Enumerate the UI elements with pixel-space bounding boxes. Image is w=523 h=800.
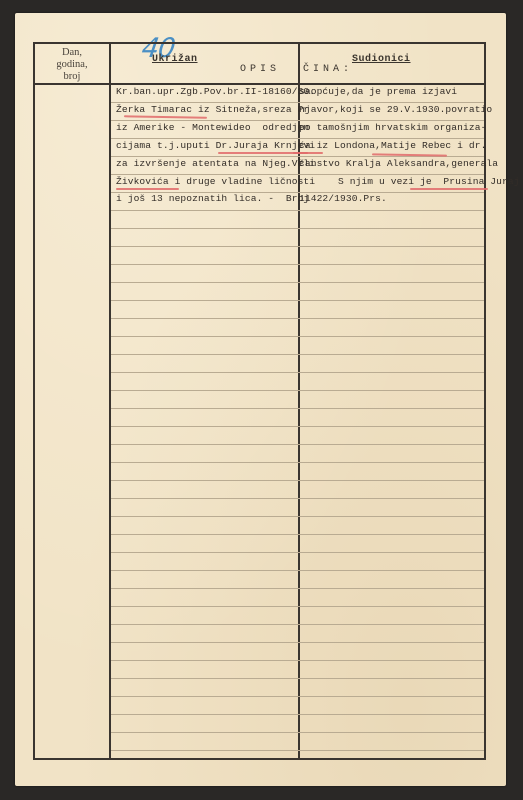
struck-header-text-left: Ukrižan xyxy=(152,54,198,65)
typed-line: za izvršenje atentata na Njeg.Veli xyxy=(116,158,315,169)
typed-line: njavor,koji se 29.V.1930.povratio xyxy=(299,104,492,115)
red-underline xyxy=(116,188,179,190)
typed-line: čanstvo Kralja Aleksandra,generala xyxy=(299,158,498,169)
header-label-cina: ČINA: xyxy=(303,64,353,75)
struck-header-text-right: Sudionici xyxy=(352,54,411,65)
typed-line: iz Amerike - Montewideo odredjen xyxy=(116,122,309,133)
red-underline xyxy=(410,188,488,190)
typed-line: ća iz Londona,Matije Rebec i dr. xyxy=(299,140,486,151)
header-date-column: Dan, godina, broj xyxy=(35,47,109,83)
header-label-broj: broj xyxy=(35,71,109,83)
typed-line: saopćuje,da je prema izjavi xyxy=(299,86,457,97)
typed-line: Žerka Timarac iz Sitneža,sreza Pr xyxy=(116,104,309,115)
header-label-godina: godina, xyxy=(35,59,109,71)
typed-line: Kr.ban.upr.Zgb.Pov.br.II-18160/30. xyxy=(116,86,315,97)
typed-line: i još 13 nepoznatih lica. - Broj xyxy=(116,193,309,204)
typed-line: cijama t.j.uputi Dr.Juraja Krnjevi xyxy=(116,140,315,151)
header-label-opis: OPIS xyxy=(240,64,280,75)
typed-line: 11422/1930.Prs. xyxy=(299,193,387,204)
typed-line: Živkovića i druge vladine ličnosti xyxy=(116,176,315,187)
red-underline xyxy=(293,152,323,154)
typed-line: po tamošnjim hrvatskim organiza- xyxy=(299,122,486,133)
header-label-dan: Dan, xyxy=(35,47,109,59)
typed-line: S njim u vezi je Prusina Juraj xyxy=(338,176,520,187)
